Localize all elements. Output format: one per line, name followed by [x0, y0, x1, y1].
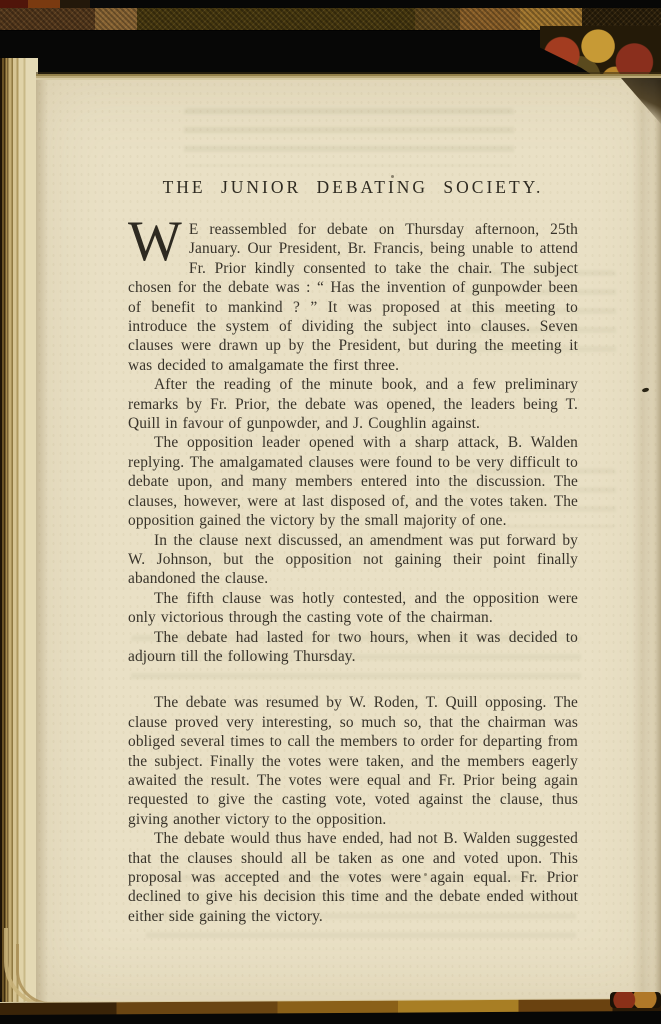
page-stack-fore-edges	[0, 58, 38, 1006]
curled-page-edge	[16, 944, 101, 1005]
paragraph-lead-text: E reassembled for debate on Thursday aft…	[128, 221, 578, 374]
paragraph: The opposition leader opened with a shar…	[128, 433, 578, 530]
fly-speck	[391, 175, 394, 178]
paragraph: The fifth clause was hotly contested, an…	[128, 589, 578, 628]
paragraph: The debate was resumed by W. Roden, T. Q…	[128, 693, 578, 829]
marbled-endpaper-fragment-bottom	[610, 992, 661, 1008]
page-corner-shadow	[621, 78, 661, 124]
fly-speck	[424, 873, 427, 876]
paragraph-lead: WE reassembled for debate on Thursday af…	[128, 220, 578, 375]
fly-speck	[642, 387, 650, 393]
page-content: THE JUNIOR DEBATING SOCIETY. WE reassemb…	[128, 80, 578, 926]
book-page: THE JUNIOR DEBATING SOCIETY. WE reassemb…	[36, 80, 661, 1002]
drop-cap: W	[128, 220, 189, 261]
page-title: THE JUNIOR DEBATING SOCIETY.	[128, 177, 578, 197]
paragraph: In the clause next discussed, an amendme…	[128, 531, 578, 589]
paragraph: The debate had lasted for two hours, whe…	[128, 628, 578, 667]
paragraph: After the reading of the minute book, an…	[128, 375, 578, 433]
paragraph: The debate would thus have ended, had no…	[128, 829, 578, 926]
